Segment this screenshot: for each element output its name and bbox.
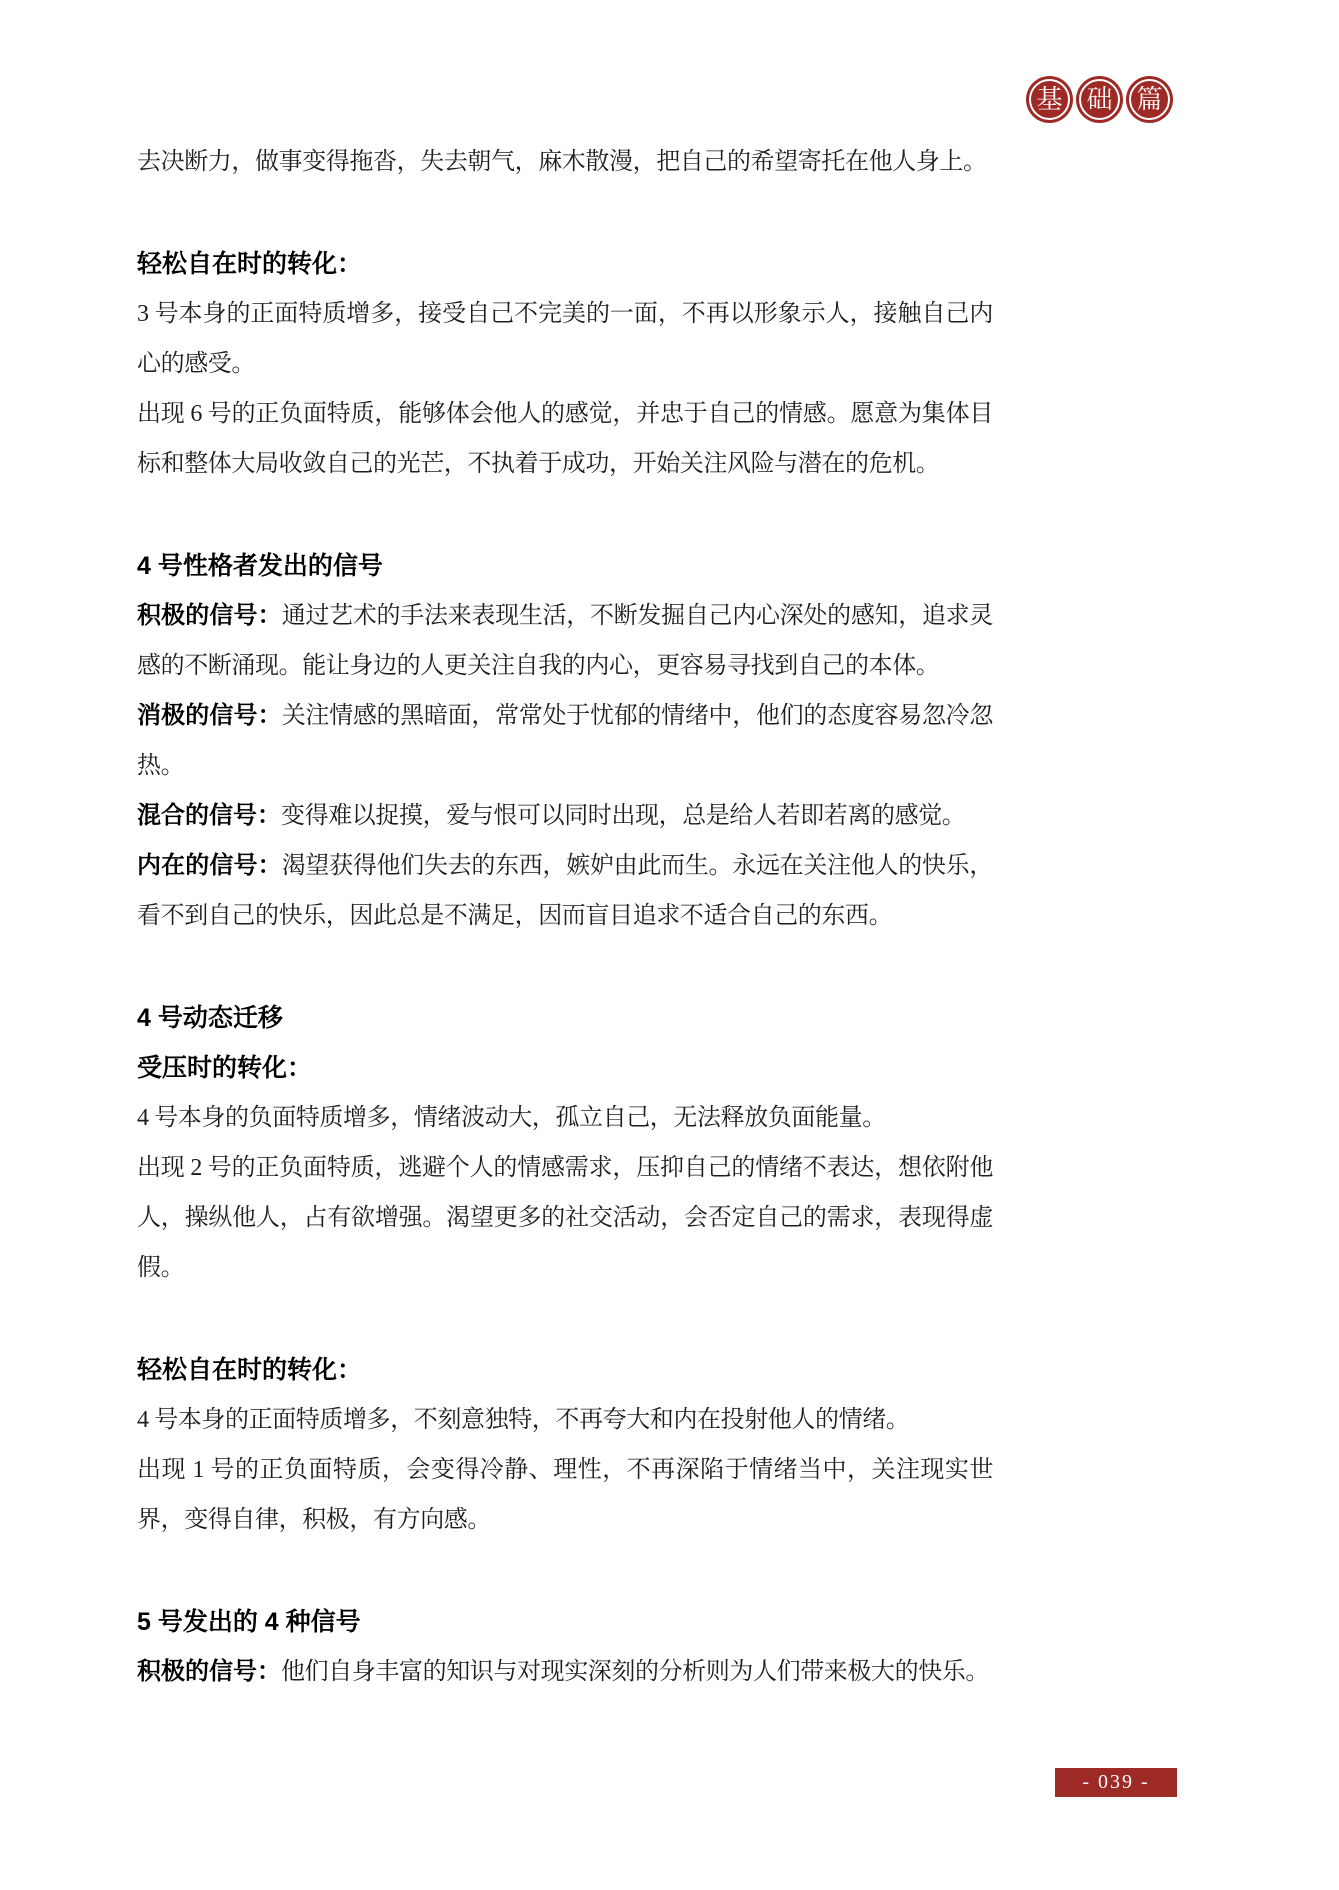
labeled-paragraph: 混合的信号：变得难以捉摸，爱与恨可以同时出现，总是给人若即若离的感觉。 xyxy=(137,791,993,841)
paragraph: 3 号本身的正面特质增多，接受自己不完美的一面，不再以形象示人，接触自己内心的感… xyxy=(137,289,993,389)
header-section-badges: 基 础 篇 xyxy=(1026,76,1173,123)
paragraph-text: 变得难以捉摸，爱与恨可以同时出现，总是给人若即若离的感觉。 xyxy=(281,803,965,829)
paragraph-label: 内在的信号： xyxy=(137,852,282,879)
badge-character: 础 xyxy=(1086,87,1112,113)
paragraph-label: 积极的信号： xyxy=(137,1658,281,1685)
page-number: - 039 - xyxy=(1082,1771,1149,1794)
paragraph: 出现 6 号的正负面特质，能够体会他人的感觉，并忠于自己的情感。愿意为集体目标和… xyxy=(137,389,993,489)
labeled-paragraph: 积极的信号：通过艺术的手法来表现生活，不断发掘自己内心深处的感知，追求灵感的不断… xyxy=(137,591,993,691)
paragraph-text: 他们自身丰富的知识与对现实深刻的分析则为人们带来极大的快乐。 xyxy=(281,1659,989,1685)
badge-character: 篇 xyxy=(1136,87,1162,113)
labeled-paragraph: 积极的信号：他们自身丰富的知识与对现实深刻的分析则为人们带来极大的快乐。 xyxy=(137,1647,993,1697)
section-heading: 5 号发出的 4 种信号 xyxy=(137,1597,993,1647)
page-content: 去决断力，做事变得拖沓，失去朝气，麻木散漫，把自己的希望寄托在他人身上。 轻松自… xyxy=(137,137,993,1697)
paragraph: 4 号本身的负面特质增多，情绪波动大，孤立自己，无法释放负面能量。 xyxy=(137,1093,993,1143)
paragraph-label: 消极的信号： xyxy=(137,702,282,729)
paragraph: 4 号本身的正面特质增多，不刻意独特，不再夸大和内在投射他人的情绪。 xyxy=(137,1395,993,1445)
paragraph: 出现 2 号的正负面特质，逃避个人的情感需求，压抑自己的情绪不表达，想依附他人，… xyxy=(137,1143,993,1293)
section-heading: 轻松自在时的转化： xyxy=(137,239,993,289)
paragraph: 出现 1 号的正负面特质，会变得冷静、理性，不再深陷于情绪当中，关注现实世界，变… xyxy=(137,1445,993,1545)
paragraph: 去决断力，做事变得拖沓，失去朝气，麻木散漫，把自己的希望寄托在他人身上。 xyxy=(137,137,993,187)
section-heading: 轻松自在时的转化： xyxy=(137,1345,993,1395)
page-number-box: - 039 - xyxy=(1055,1768,1177,1797)
labeled-paragraph: 消极的信号：关注情感的黑暗面，常常处于忧郁的情绪中，他们的态度容易忽冷忽热。 xyxy=(137,691,993,791)
section-heading: 4 号性格者发出的信号 xyxy=(137,541,993,591)
section-badge: 篇 xyxy=(1126,76,1173,123)
badge-character: 基 xyxy=(1036,87,1062,113)
section-heading: 4 号动态迁移 xyxy=(137,993,993,1043)
paragraph-label: 积极的信号： xyxy=(137,602,282,629)
section-badge: 础 xyxy=(1076,76,1123,123)
paragraph-label: 混合的信号： xyxy=(137,802,281,829)
section-badge: 基 xyxy=(1026,76,1073,123)
section-heading: 受压时的转化： xyxy=(137,1043,993,1093)
labeled-paragraph: 内在的信号：渴望获得他们失去的东西，嫉妒由此而生。永远在关注他人的快乐，看不到自… xyxy=(137,841,993,941)
